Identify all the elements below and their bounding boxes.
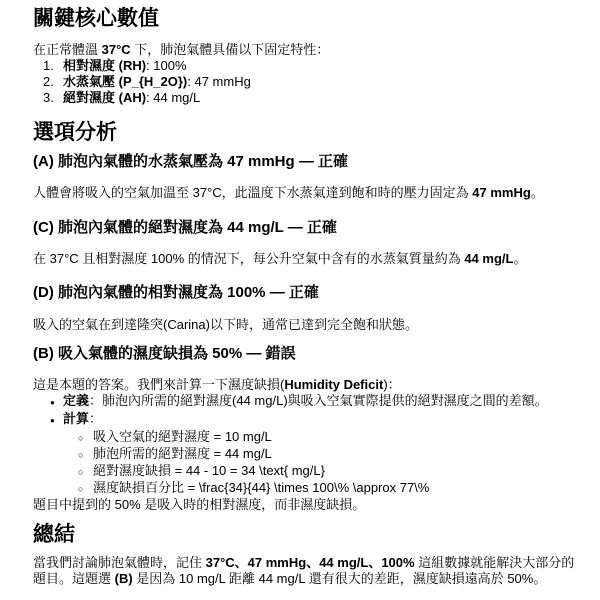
text-run: : 100% — [146, 58, 186, 73]
text-run: ：肺泡內所需的絕對濕度(44 mg/L)與吸入空氣實際提供的絕對濕度之間的差額。 — [89, 393, 548, 408]
option-d-body: 吸入的空氣在到達隆突(Carina)以下時，通常已達到完全飽和狀態。 — [33, 317, 578, 333]
key-values-list: 1. 相對濕度 (RH): 100% 2. 水蒸氣壓 (P_{H_2O}): 4… — [33, 58, 578, 106]
text-run: 濕度缺損百分比 = \frac{34}{44} \times 100\% \ap… — [93, 480, 429, 495]
text-run: 是因為 10 mg/L 距離 44 mg/L 還有很大的差距，濕度缺損遠高於 5… — [133, 571, 547, 586]
list-item: 1. 相對濕度 (RH): 100% — [33, 58, 578, 74]
text-run: 下，肺泡氣體具備以下固定特性： — [131, 42, 330, 57]
sub-bullet-item-text: 絕對濕度缺損 = 44 - 10 = 34 \text{ mg/L} — [93, 463, 578, 479]
text-run: ： — [89, 411, 102, 426]
option-c-heading: (C) 肺泡內氣體的絕對濕度為 44 mg/L — 正確 — [33, 218, 578, 237]
text-run: )： — [383, 377, 400, 392]
list-item-text: 水蒸氣壓 (P_{H_2O}): 47 mmHg — [63, 74, 578, 90]
text-run: : 47 mmHg — [187, 74, 251, 89]
list-item: 3. 絕對濕度 (AH): 44 mg/L — [33, 90, 578, 106]
sub-bullet-item: ○ 絕對濕度缺損 = 44 - 10 = 34 \text{ mg/L} — [33, 463, 578, 480]
circle-bullet-icon: ○ — [78, 430, 93, 446]
option-d-heading: (D) 肺泡內氣體的相對濕度為 100% — 正確 — [33, 283, 578, 302]
text-run: 計算 — [63, 411, 89, 426]
bullet-icon: ● — [50, 395, 63, 411]
bullet-item: ● 定義：肺泡內所需的絕對濕度(44 mg/L)與吸入空氣實際提供的絕對濕度之間… — [33, 393, 578, 411]
sub-bullet-item-text: 濕度缺損百分比 = \frac{34}{44} \times 100\% \ap… — [93, 480, 578, 496]
circle-bullet-icon: ○ — [78, 464, 93, 480]
text-run: 37°C — [102, 42, 131, 57]
list-number: 2. — [43, 74, 63, 90]
text-run: 題目中提到的 50% 是吸入時的相對濕度，而非濕度缺損。 — [33, 497, 365, 512]
text-run: 定義 — [63, 393, 89, 408]
text-run: 。 — [531, 185, 544, 200]
text-run: 吸入的空氣在到達隆突(Carina)以下時，通常已達到完全飽和狀態。 — [33, 317, 418, 332]
sub-bullet-item-text: 吸入空氣的絕對濕度 = 10 mg/L — [93, 429, 578, 445]
summary-body: 當我們討論肺泡氣體時，記住 37°C、47 mmHg、44 mg/L、100% … — [33, 555, 578, 587]
sub-bullet-item: ○ 濕度缺損百分比 = \frac{34}{44} \times 100\% \… — [33, 480, 578, 497]
option-c-body: 在 37°C 且相對濕度 100% 的情況下，每公升空氣中含有的水蒸氣質量約為 … — [33, 251, 578, 267]
text-run: 吸入空氣的絕對濕度 = 10 mg/L — [93, 429, 272, 444]
text-run: 44 mg/L — [464, 251, 513, 266]
bullet-icon: ● — [50, 413, 63, 429]
option-a-body: 人體會將吸入的空氣加溫至 37°C，此溫度下水蒸氣達到飽和時的壓力固定為 47 … — [33, 185, 578, 201]
text-run: 。 — [513, 251, 526, 266]
key-values-heading: 關鍵核心數值 — [33, 6, 578, 32]
text-run: : 44 mg/L — [146, 90, 200, 105]
bullet-item: ● 計算： — [33, 411, 578, 429]
text-run: 這是本題的答案。我們來計算一下濕度缺損( — [33, 377, 284, 392]
text-run: 絕對濕度缺損 = 44 - 10 = 34 \text{ mg/L} — [93, 463, 325, 478]
sub-bullet-item-text: 肺泡所需的絕對濕度 = 44 mg/L — [93, 446, 578, 462]
key-values-intro: 在正常體溫 37°C 下，肺泡氣體具備以下固定特性： — [33, 42, 578, 58]
text-run: 人體會將吸入的空氣加溫至 37°C，此溫度下水蒸氣達到飽和時的壓力固定為 — [33, 185, 472, 200]
document-body: 關鍵核心數值 在正常體溫 37°C 下，肺泡氣體具備以下固定特性： 1. 相對濕… — [0, 0, 600, 587]
option-a-heading: (A) 肺泡內氣體的水蒸氣壓為 47 mmHg — 正確 — [33, 152, 578, 171]
text-run: 47 mmHg — [472, 185, 531, 200]
text-run: 37°C、47 mmHg、44 mg/L、100% — [206, 555, 415, 570]
text-run: 水蒸氣壓 (P_{H_2O}) — [63, 74, 187, 89]
list-item-text: 絕對濕度 (AH): 44 mg/L — [63, 90, 578, 106]
deficit-bullet-list: ● 定義：肺泡內所需的絕對濕度(44 mg/L)與吸入空氣實際提供的絕對濕度之間… — [33, 393, 578, 429]
list-number: 3. — [43, 90, 63, 106]
text-run: 肺泡所需的絕對濕度 = 44 mg/L — [93, 446, 272, 461]
bullet-item-text: 計算： — [63, 411, 578, 427]
sub-bullet-item: ○ 肺泡所需的絕對濕度 = 44 mg/L — [33, 446, 578, 463]
bullet-item-text: 定義：肺泡內所需的絕對濕度(44 mg/L)與吸入空氣實際提供的絕對濕度之間的差… — [63, 393, 578, 409]
text-run: (B) — [115, 571, 133, 586]
list-item-text: 相對濕度 (RH): 100% — [63, 58, 578, 74]
list-number: 1. — [43, 58, 63, 74]
text-run: 在正常體溫 — [33, 42, 102, 57]
deficit-sub-bullet-list: ○ 吸入空氣的絕對濕度 = 10 mg/L ○ 肺泡所需的絕對濕度 = 44 m… — [33, 429, 578, 497]
circle-bullet-icon: ○ — [78, 481, 93, 497]
option-b-heading: (B) 吸入氣體的濕度缺損為 50% — 錯誤 — [33, 344, 578, 363]
text-run: 在 37°C 且相對濕度 100% 的情況下，每公升空氣中含有的水蒸氣質量約為 — [33, 251, 464, 266]
circle-bullet-icon: ○ — [78, 447, 93, 463]
sub-bullet-item: ○ 吸入空氣的絕對濕度 = 10 mg/L — [33, 429, 578, 446]
text-run: 當我們討論肺泡氣體時，記住 — [33, 555, 206, 570]
text-run: 絕對濕度 (AH) — [63, 90, 146, 105]
text-run: Humidity Deficit — [284, 377, 383, 392]
option-b-body: 這是本題的答案。我們來計算一下濕度缺損(Humidity Deficit)： — [33, 377, 578, 393]
text-run: 相對濕度 (RH) — [63, 58, 146, 73]
summary-heading: 總結 — [33, 522, 578, 548]
option-b-note: 題目中提到的 50% 是吸入時的相對濕度，而非濕度缺損。 — [33, 497, 578, 513]
analysis-heading: 選項分析 — [33, 120, 578, 146]
list-item: 2. 水蒸氣壓 (P_{H_2O}): 47 mmHg — [33, 74, 578, 90]
